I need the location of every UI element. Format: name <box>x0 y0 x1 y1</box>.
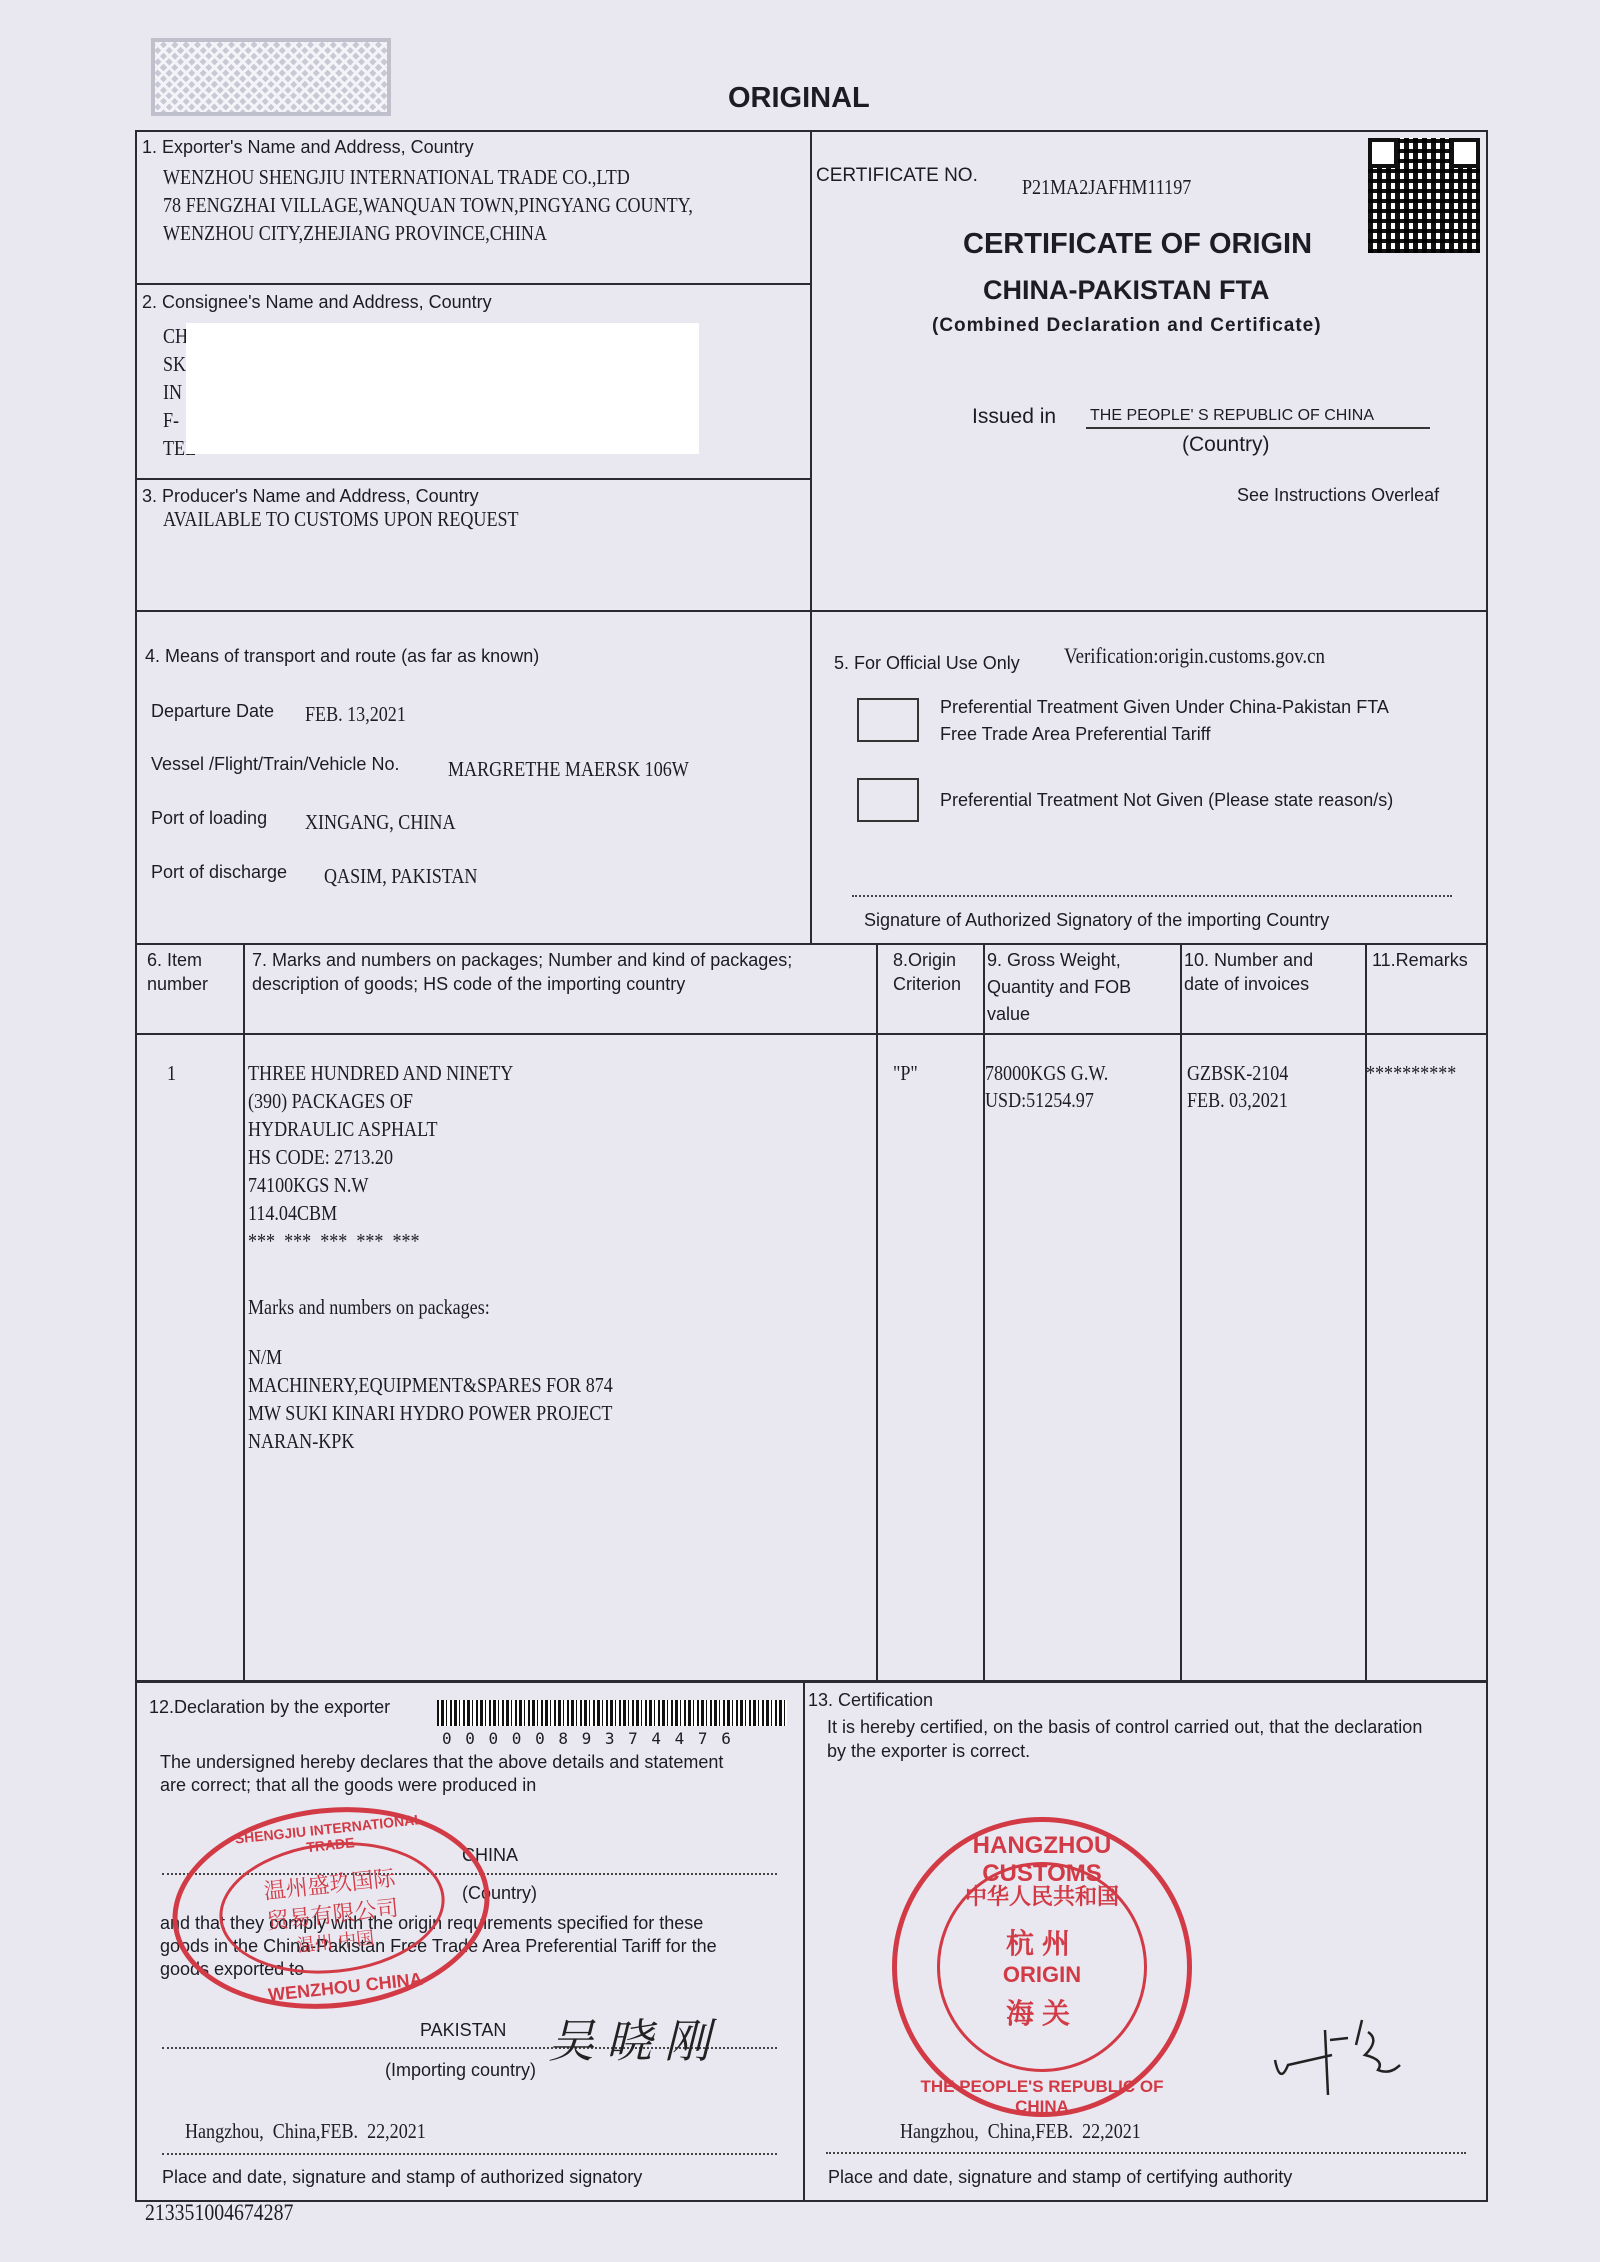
exporter-line: WENZHOU SHENGJIU INTERNATIONAL TRADE CO.… <box>163 165 630 190</box>
exporter-line: 78 FENGZHAI VILLAGE,WANQUAN TOWN,PINGYAN… <box>163 193 693 218</box>
divider <box>135 283 811 285</box>
consignee-line: CH <box>163 324 188 349</box>
producer-value: AVAILABLE TO CUSTOMS UPON REQUEST <box>163 507 519 532</box>
issued-country-label: (Country) <box>1182 433 1270 457</box>
origin-criterion: "P" <box>893 1061 918 1086</box>
security-pattern <box>151 38 391 116</box>
header-origin: 8.Origin <box>893 950 956 971</box>
text-line: HYDRAULIC ASPHALT <box>248 1117 437 1142</box>
preferential-given-checkbox[interactable] <box>857 698 919 742</box>
port-discharge-value: QASIM, PAKISTAN <box>324 864 477 889</box>
certification-text: It is hereby certified, on the basis of … <box>827 1717 1422 1738</box>
instructions-note: See Instructions Overleaf <box>1237 485 1439 506</box>
certificate-no-value: P21MA2JAFHM11197 <box>1022 175 1191 200</box>
header-marks: 7. Marks and numbers on packages; Number… <box>252 950 792 971</box>
consignee-line: SK <box>163 352 186 377</box>
consignee-line: F- <box>163 408 179 433</box>
port-discharge-label: Port of discharge <box>151 862 287 883</box>
officer-signature <box>1270 2010 1420 2100</box>
barcode-number: 0 0 0 0 0 8 9 3 7 4 4 7 6 <box>442 1729 733 1748</box>
fob-value: USD:51254.97 <box>985 1088 1094 1113</box>
invoice-number: GZBSK-2104 <box>1187 1061 1288 1086</box>
producer-label: 3. Producer's Name and Address, Country <box>142 486 479 507</box>
preferential-not-given-label: Preferential Treatment Not Given (Please… <box>940 790 1393 811</box>
text-line: 74100KGS N.W <box>248 1173 368 1198</box>
text-line: HS CODE: 2713.20 <box>248 1145 393 1170</box>
divider <box>135 1680 1488 1683</box>
header-item: 6. Item <box>147 950 202 971</box>
header-weight: 9. Gross Weight, <box>987 950 1121 971</box>
gross-weight: 78000KGS G.W. <box>985 1061 1108 1086</box>
importing-country: PAKISTAN <box>420 2020 506 2041</box>
certificate-title: CERTIFICATE OF ORIGIN <box>963 228 1312 261</box>
text-line: N/M <box>248 1345 282 1370</box>
header-remarks: 11.Remarks <box>1372 950 1468 971</box>
stamp-text: 海关 <box>957 1992 1127 2032</box>
declaration-text: are correct; that all the goods were pro… <box>160 1775 536 1796</box>
certification-text: by the exporter is correct. <box>827 1741 1030 1762</box>
issued-in-label: Issued in <box>972 405 1056 429</box>
divider <box>876 943 878 1680</box>
port-loading-value: XINGANG, CHINA <box>305 810 455 835</box>
certification-label: 13. Certification <box>808 1690 933 1711</box>
redaction-block <box>186 323 699 454</box>
header-marks: description of goods; HS code of the imp… <box>252 974 685 995</box>
signature-line <box>852 895 1452 897</box>
divider <box>803 1680 805 2202</box>
consignee-label: 2. Consignee's Name and Address, Country <box>142 292 492 313</box>
vessel-label: Vessel /Flight/Train/Vehicle No. <box>151 754 399 775</box>
importing-signatory-label: Signature of Authorized Signatory of the… <box>864 910 1329 931</box>
place-date-line <box>162 2153 777 2155</box>
header-origin: Criterion <box>893 974 961 995</box>
certification-place-line <box>826 2152 1466 2154</box>
item-number: 1 <box>167 1061 176 1086</box>
certificate-combined: (Combined Declaration and Certificate) <box>932 315 1322 337</box>
stamp-text: 杭州 <box>957 1922 1127 1962</box>
text-line: (390) PACKAGES OF <box>248 1089 413 1114</box>
verification-url: Verification:origin.customs.gov.cn <box>1064 643 1325 669</box>
stamp-text: THE PEOPLE'S REPUBLIC OF CHINA <box>907 2077 1177 2117</box>
declaration-label: 12.Declaration by the exporter <box>149 1697 390 1718</box>
departure-date-value: FEB. 13,2021 <box>305 702 406 727</box>
certificate-no-label: CERTIFICATE NO. <box>816 165 978 187</box>
divider <box>1365 943 1367 1680</box>
declaration-text: The undersigned hereby declares that the… <box>160 1752 723 1773</box>
header-item: number <box>147 974 208 995</box>
importing-country-caption: (Importing country) <box>385 2060 536 2081</box>
remarks-value: ********** <box>1366 1061 1456 1086</box>
divider <box>135 478 811 480</box>
header-weight: Quantity and FOB <box>987 977 1131 998</box>
preferential-given-label-2: Free Trade Area Preferential Tariff <box>940 724 1210 745</box>
header-weight: value <box>987 1004 1030 1025</box>
divider <box>135 943 1488 945</box>
divider <box>243 943 245 1680</box>
preferential-not-given-checkbox[interactable] <box>857 778 919 822</box>
barcode-icon <box>437 1700 787 1726</box>
consignee-line: IN <box>163 380 182 405</box>
invoice-date: FEB. 03,2021 <box>1187 1088 1288 1113</box>
declaration-footer: Place and date, signature and stamp of a… <box>162 2167 642 2188</box>
exporter-line: WENZHOU CITY,ZHEJIANG PROVINCE,CHINA <box>163 221 547 246</box>
document-status-title: ORIGINAL <box>728 82 870 115</box>
text-line: MW SUKI KINARI HYDRO POWER PROJECT <box>248 1401 612 1426</box>
preferential-given-label: Preferential Treatment Given Under China… <box>940 697 1389 718</box>
exporter-label: 1. Exporter's Name and Address, Country <box>142 137 474 158</box>
stamp-text: ORIGIN <box>957 1962 1127 1988</box>
stamp-text: 中华人民共和国 <box>947 1880 1137 1911</box>
certification-place-date: Hangzhou, China,FEB. 22,2021 <box>900 2119 1141 2144</box>
certificate-subtitle: CHINA-PAKISTAN FTA <box>983 275 1269 306</box>
divider <box>810 130 812 943</box>
divider <box>135 1033 1488 1035</box>
issued-in-value: THE PEOPLE' S REPUBLIC OF CHINA <box>1086 407 1430 429</box>
serial-number: 213351004674287 <box>145 2200 293 2226</box>
text-line: MACHINERY,EQUIPMENT&SPARES FOR 874 <box>248 1373 613 1398</box>
divider <box>135 610 1488 612</box>
divider <box>1180 943 1182 1680</box>
vessel-value: MARGRETHE MAERSK 106W <box>448 757 689 782</box>
header-invoice: date of invoices <box>1184 974 1309 995</box>
declaration-place-date: Hangzhou, China,FEB. 22,2021 <box>185 2119 426 2144</box>
exporter-signature: 吴晓刚 <box>548 2005 722 2071</box>
official-use-label: 5. For Official Use Only <box>834 653 1020 674</box>
qr-code-icon <box>1368 138 1480 253</box>
text-line: 114.04CBM <box>248 1201 337 1226</box>
certification-footer: Place and date, signature and stamp of c… <box>828 2167 1292 2188</box>
departure-date-label: Departure Date <box>151 701 274 722</box>
text-line: NARAN-KPK <box>248 1429 354 1454</box>
transport-label: 4. Means of transport and route (as far … <box>145 646 539 667</box>
marks-title: Marks and numbers on packages: <box>248 1295 490 1320</box>
text-line: *** *** *** *** *** <box>248 1229 420 1254</box>
text-line: THREE HUNDRED AND NINETY <box>248 1061 513 1086</box>
port-loading-label: Port of loading <box>151 808 267 829</box>
header-invoice: 10. Number and <box>1184 950 1313 971</box>
customs-stamp: HANGZHOU CUSTOMS 中华人民共和国 杭州 ORIGIN 海关 TH… <box>892 1817 1192 2117</box>
divider <box>983 943 985 1680</box>
